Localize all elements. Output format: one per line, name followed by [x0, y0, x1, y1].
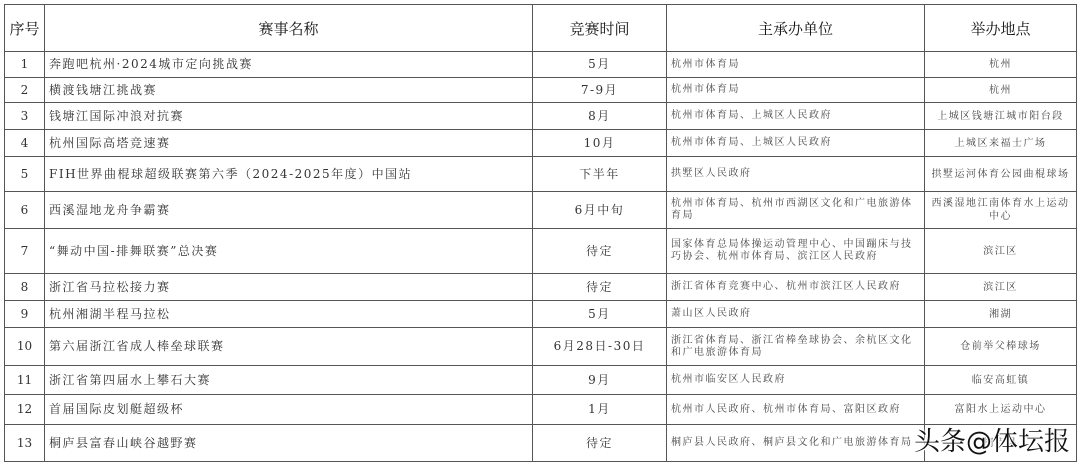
- header-organizer: 主承办单位: [667, 5, 925, 52]
- header-no: 序号: [5, 5, 45, 52]
- cell-venue: 仓前举父棒球场: [925, 328, 1077, 366]
- cell-no: 8: [5, 274, 45, 301]
- cell-time: 10月: [533, 130, 667, 157]
- cell-event-name: “舞动中国-排舞联赛”总决赛: [45, 229, 533, 274]
- cell-venue: 滨江区: [925, 229, 1077, 274]
- cell-venue: 上城区钱塘江城市阳台段: [925, 103, 1077, 130]
- table-row: 5FIH世界曲棍球超级联赛第六季（2024-2025年度）中国站下半年拱墅区人民…: [5, 157, 1077, 192]
- table-row: 8浙江省马拉松接力赛待定浙江省体育竞赛中心、杭州市滨江区人民政府滨江区: [5, 274, 1077, 301]
- cell-event-name: 杭州湘湖半程马拉松: [45, 301, 533, 328]
- cell-organizer: 萧山区人民政府: [667, 301, 925, 328]
- cell-event-name: 浙江省马拉松接力赛: [45, 274, 533, 301]
- table-row: 12首届国际皮划艇超级杯1月杭州市人民政府、杭州市体育局、富阳区政府富阳水上运动…: [5, 395, 1077, 425]
- cell-organizer: 杭州市人民政府、杭州市体育局、富阳区政府: [667, 395, 925, 425]
- cell-no: 4: [5, 130, 45, 157]
- cell-venue: 西溪湿地江南体育水上运动中心: [925, 192, 1077, 229]
- cell-event-name: 浙江省第四届水上攀石大赛: [45, 366, 533, 395]
- cell-organizer: 国家体育总局体操运动管理中心、中国蹦床与技巧协会、杭州市体育局、滨江区人民政府: [667, 229, 925, 274]
- cell-no: 7: [5, 229, 45, 274]
- cell-time: 6月中旬: [533, 192, 667, 229]
- cell-time: 9月: [533, 366, 667, 395]
- table-row: 6西溪湿地龙舟争霸赛6月中旬杭州市体育局、杭州市西湖区文化和广电旅游体育局西溪湿…: [5, 192, 1077, 229]
- table-row: 2横渡钱塘江挑战赛7-9月杭州市体育局杭州: [5, 78, 1077, 103]
- table-row: 9杭州湘湖半程马拉松5月萧山区人民政府湘湖: [5, 301, 1077, 328]
- cell-venue: 湘湖: [925, 301, 1077, 328]
- cell-event-name: 首届国际皮划艇超级杯: [45, 395, 533, 425]
- table-row: 3钱塘江国际冲浪对抗赛8月杭州市体育局、上城区人民政府上城区钱塘江城市阳台段: [5, 103, 1077, 130]
- table-row: 4杭州国际高塔竞速赛10月杭州市体育局、上城区人民政府上城区来福士广场: [5, 130, 1077, 157]
- cell-venue: 富阳水上运动中心: [925, 395, 1077, 425]
- cell-organizer: 拱墅区人民政府: [667, 157, 925, 192]
- cell-event-name: 第六届浙江省成人棒垒球联赛: [45, 328, 533, 366]
- cell-venue: 临安高虹镇: [925, 366, 1077, 395]
- watermark: 头条@体坛报: [914, 421, 1070, 458]
- cell-event-name: FIH世界曲棍球超级联赛第六季（2024-2025年度）中国站: [45, 157, 533, 192]
- header-name: 赛事名称: [45, 5, 533, 52]
- table-row: 7“舞动中国-排舞联赛”总决赛待定国家体育总局体操运动管理中心、中国蹦床与技巧协…: [5, 229, 1077, 274]
- cell-venue: 拱墅运河体育公园曲棍球场: [925, 157, 1077, 192]
- table-row: 11浙江省第四届水上攀石大赛9月杭州市临安区人民政府临安高虹镇: [5, 366, 1077, 395]
- cell-time: 1月: [533, 395, 667, 425]
- cell-organizer: 杭州市体育局、杭州市西湖区文化和广电旅游体育局: [667, 192, 925, 229]
- cell-time: 待定: [533, 425, 667, 462]
- events-table: 序号 赛事名称 竞赛时间 主承办单位 举办地点 1奔跑吧杭州·2024城市定向挑…: [4, 4, 1077, 462]
- table-row: 1奔跑吧杭州·2024城市定向挑战赛5月杭州市体育局杭州: [5, 52, 1077, 78]
- cell-no: 2: [5, 78, 45, 103]
- cell-organizer: 浙江省体育竞赛中心、杭州市滨江区人民政府: [667, 274, 925, 301]
- cell-event-name: 钱塘江国际冲浪对抗赛: [45, 103, 533, 130]
- cell-venue: 滨江区: [925, 274, 1077, 301]
- cell-event-name: 杭州国际高塔竞速赛: [45, 130, 533, 157]
- cell-time: 待定: [533, 274, 667, 301]
- cell-venue: 杭州: [925, 52, 1077, 78]
- cell-event-name: 横渡钱塘江挑战赛: [45, 78, 533, 103]
- cell-event-name: 桐庐县富春山峡谷越野赛: [45, 425, 533, 462]
- cell-event-name: 奔跑吧杭州·2024城市定向挑战赛: [45, 52, 533, 78]
- cell-no: 11: [5, 366, 45, 395]
- cell-no: 5: [5, 157, 45, 192]
- cell-no: 1: [5, 52, 45, 78]
- header-time: 竞赛时间: [533, 5, 667, 52]
- cell-time: 5月: [533, 52, 667, 78]
- cell-organizer: 浙江省体育局、浙江省棒垒球协会、余杭区文化和广电旅游体育局: [667, 328, 925, 366]
- cell-no: 9: [5, 301, 45, 328]
- cell-time: 8月: [533, 103, 667, 130]
- cell-time: 6月28日-30日: [533, 328, 667, 366]
- cell-time: 5月: [533, 301, 667, 328]
- cell-event-name: 西溪湿地龙舟争霸赛: [45, 192, 533, 229]
- cell-venue: 杭州: [925, 78, 1077, 103]
- cell-organizer: 杭州市体育局: [667, 78, 925, 103]
- cell-no: 3: [5, 103, 45, 130]
- header-venue: 举办地点: [925, 5, 1077, 52]
- cell-time: 下半年: [533, 157, 667, 192]
- cell-no: 6: [5, 192, 45, 229]
- cell-organizer: 桐庐县人民政府、桐庐县文化和广电旅游体育局: [667, 425, 925, 462]
- cell-no: 13: [5, 425, 45, 462]
- table-row: 10第六届浙江省成人棒垒球联赛6月28日-30日浙江省体育局、浙江省棒垒球协会、…: [5, 328, 1077, 366]
- cell-no: 10: [5, 328, 45, 366]
- cell-no: 12: [5, 395, 45, 425]
- cell-organizer: 杭州市临安区人民政府: [667, 366, 925, 395]
- cell-venue: 上城区来福士广场: [925, 130, 1077, 157]
- cell-time: 待定: [533, 229, 667, 274]
- header-row: 序号 赛事名称 竞赛时间 主承办单位 举办地点: [5, 5, 1077, 52]
- cell-organizer: 杭州市体育局、上城区人民政府: [667, 130, 925, 157]
- cell-organizer: 杭州市体育局: [667, 52, 925, 78]
- cell-organizer: 杭州市体育局、上城区人民政府: [667, 103, 925, 130]
- cell-time: 7-9月: [533, 78, 667, 103]
